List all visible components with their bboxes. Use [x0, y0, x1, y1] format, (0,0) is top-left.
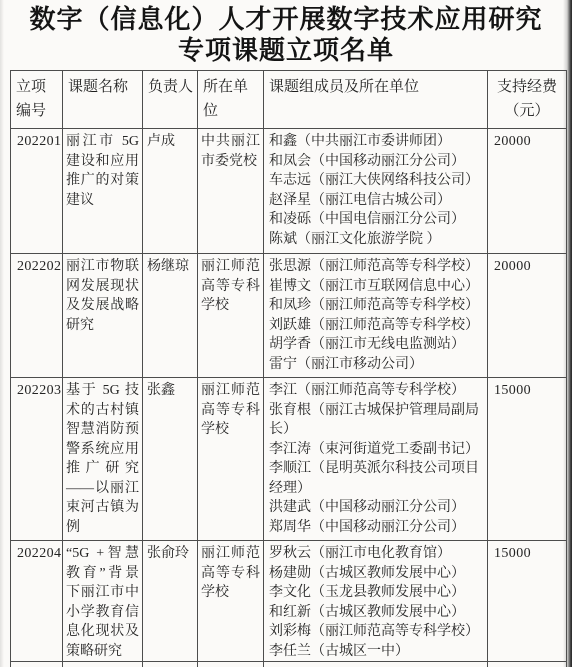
- cell-project-title: 丽江市物联网发展现状及发展战略研究: [63, 254, 143, 378]
- member-line: 赵泽星（丽江电信古城公司）: [269, 191, 484, 211]
- member-line: 罗秋云（丽江市电化教育馆）: [269, 544, 484, 564]
- table-row: 202201 丽江市 5G 建设和应用推广的对策建议 卢成 中共丽江市委党校 和…: [11, 129, 567, 254]
- member-line: 车志远（丽江大侠网络科技公司）: [269, 171, 484, 191]
- cell-empty: [63, 662, 143, 667]
- member-line: 李顺江（昆明英派尔科技公司项目经理）: [269, 459, 484, 498]
- table-row: 202202 丽江市物联网发展现状及发展战略研究 杨继琼 丽江师范高等专科学校 …: [11, 254, 567, 378]
- cell-funding: 15000: [488, 541, 567, 662]
- cell-funding: 20000: [488, 254, 567, 378]
- approval-table: 立项 编号 课题名称 负责人 所在单位 课题组成员及所在单位 支持经费 （元） …: [10, 70, 567, 667]
- member-line: 李江（丽江师范高等专科学校）: [269, 381, 484, 401]
- table-row-partial: [11, 662, 567, 667]
- member-line: 张思源（丽江师范高等专科学校）: [269, 257, 484, 277]
- cell-project-title: 基于 5G 技术的古村镇智慧消防预警系统应用推广研究——以丽江束河古镇为例: [63, 378, 143, 541]
- header-project-id: 立项 编号: [11, 71, 63, 129]
- member-line: 和凤会（中国移动丽江分公司）: [269, 152, 484, 172]
- page-title: 数字（信息化）人才开展数字技术应用研究 专项课题立项名单: [0, 0, 572, 66]
- header-funding: 支持经费 （元）: [488, 71, 567, 129]
- member-line: 李江涛（束河街道党工委副书记）: [269, 440, 484, 460]
- member-line: 洪建武（中国移动丽江分公司）: [269, 498, 484, 518]
- scan-shadow-left: [0, 0, 4, 667]
- cell-project-id: 202201: [11, 129, 63, 254]
- cell-empty: [143, 662, 198, 667]
- cell-project-title: 丽江市 5G 建设和应用推广的对策建议: [63, 129, 143, 254]
- table-row: 202204 “5G +智慧教育”背景下丽江市中小学教育信息化现状及策略研究 张…: [11, 541, 567, 662]
- header-unit: 所在单位: [198, 71, 264, 129]
- cell-empty: [11, 662, 63, 667]
- cell-members: 罗秋云（丽江市电化教育馆） 杨建勋（古城区教师发展中心） 李文化（玉龙县教师发展…: [264, 541, 488, 662]
- member-line: 胡学香（丽江市无线电监测站）: [269, 335, 484, 355]
- cell-unit: 丽江师范高等专科学校: [198, 254, 264, 378]
- cell-empty: [198, 662, 264, 667]
- document-page: 数字（信息化）人才开展数字技术应用研究 专项课题立项名单 立项 编号 课题名称 …: [0, 0, 572, 667]
- member-line: 和凤珍（丽江师范高等专科学校）: [269, 296, 484, 316]
- page-title-line-2: 专项课题立项名单: [0, 35, 572, 66]
- cell-members: 李江（丽江师范高等专科学校） 张育根（丽江古城保护管理局副局长） 李江涛（束河街…: [264, 378, 488, 541]
- member-line: 和红新（古城区教师发展中心）: [269, 603, 484, 623]
- cell-funding: 20000: [488, 129, 567, 254]
- member-line: 刘跃雄（丽江师范高等专科学校）: [269, 316, 484, 336]
- member-line: 和鑫（中共丽江市委讲师团）: [269, 132, 484, 152]
- member-line: 张育根（丽江古城保护管理局副局长）: [269, 401, 484, 440]
- header-leader: 负责人: [143, 71, 198, 129]
- member-line: 李任兰（古城区一中）: [269, 642, 484, 662]
- cell-empty: [488, 662, 567, 667]
- member-line: 李文化（玉龙县教师发展中心）: [269, 583, 484, 603]
- cell-leader: 张俞玲: [143, 541, 198, 662]
- cell-empty: [264, 662, 488, 667]
- member-line: 郑周华（中国移动丽江分公司）: [269, 518, 484, 538]
- member-line: 陈斌（丽江文化旅游学院 ）: [269, 230, 484, 250]
- cell-unit: 丽江师范高等专科学校: [198, 378, 264, 541]
- cell-project-id: 202204: [11, 541, 63, 662]
- header-project-title: 课题名称: [63, 71, 143, 129]
- member-line: 刘彩梅（丽江师范高等专科学校）: [269, 622, 484, 642]
- member-line: 崔博文（丽江市互联网信息中心）: [269, 277, 484, 297]
- cell-project-title: “5G +智慧教育”背景下丽江市中小学教育信息化现状及策略研究: [63, 541, 143, 662]
- cell-unit: 中共丽江市委党校: [198, 129, 264, 254]
- member-line: 杨建勋（古城区教师发展中心）: [269, 564, 484, 584]
- cell-funding: 15000: [488, 378, 567, 541]
- table-row: 202203 基于 5G 技术的古村镇智慧消防预警系统应用推广研究——以丽江束河…: [11, 378, 567, 541]
- table-header-row: 立项 编号 课题名称 负责人 所在单位 课题组成员及所在单位 支持经费 （元）: [11, 71, 567, 129]
- cell-leader: 杨继琼: [143, 254, 198, 378]
- member-line: 雷宁（丽江市移动公司）: [269, 355, 484, 375]
- cell-leader: 张鑫: [143, 378, 198, 541]
- cell-leader: 卢成: [143, 129, 198, 254]
- cell-project-id: 202203: [11, 378, 63, 541]
- cell-unit: 丽江师范高等专科学校: [198, 541, 264, 662]
- cell-members: 张思源（丽江师范高等专科学校） 崔博文（丽江市互联网信息中心） 和凤珍（丽江师范…: [264, 254, 488, 378]
- member-line: 和凌砾（中国电信丽江分公司）: [269, 210, 484, 230]
- page-title-line-1: 数字（信息化）人才开展数字技术应用研究: [0, 4, 572, 35]
- cell-project-id: 202202: [11, 254, 63, 378]
- cell-members: 和鑫（中共丽江市委讲师团） 和凤会（中国移动丽江分公司） 车志远（丽江大侠网络科…: [264, 129, 488, 254]
- header-members: 课题组成员及所在单位: [264, 71, 488, 129]
